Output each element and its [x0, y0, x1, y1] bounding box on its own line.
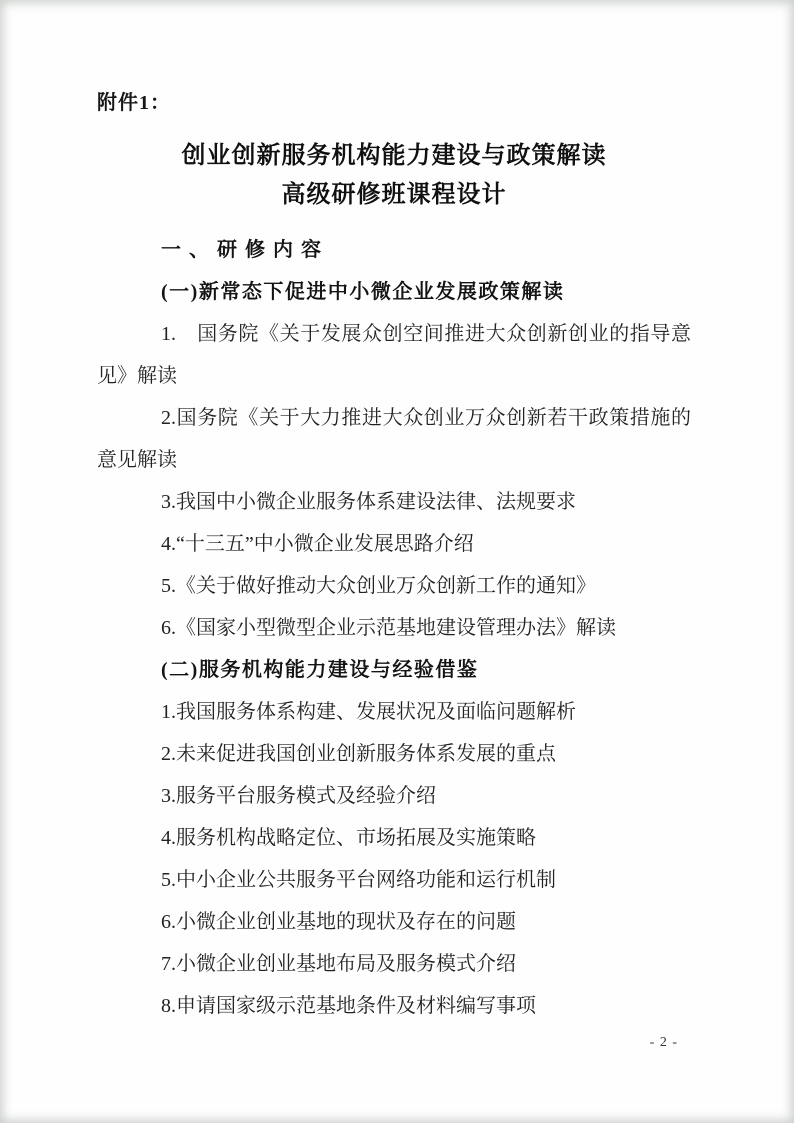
course-item: 4.服务机构战略定位、市场拓展及实施策略 — [97, 817, 691, 859]
section-heading: 一、研修内容 — [97, 229, 691, 271]
title-line-1: 创业创新服务机构能力建设与政策解读 — [97, 137, 691, 176]
section-heading: (一)新常态下促进中小微企业发展政策解读 — [97, 271, 691, 313]
course-item: 5.中小企业公共服务平台网络功能和运行机制 — [97, 859, 691, 901]
course-item: 1. 国务院《关于发展众创空间推进大众创新创业的指导意见》解读 — [97, 313, 691, 397]
section-heading: (二)服务机构能力建设与经验借鉴 — [97, 649, 691, 691]
document-title: 创业创新服务机构能力建设与政策解读 高级研修班课程设计 — [97, 137, 691, 215]
course-item: 3.服务平台服务模式及经验介绍 — [97, 775, 691, 817]
attachment-label: 附件1： — [97, 90, 691, 116]
course-item: 8.申请国家级示范基地条件及材料编写事项 — [97, 985, 691, 1027]
course-item: 1.我国服务体系构建、发展状况及面临问题解析 — [97, 691, 691, 733]
title-line-2: 高级研修班课程设计 — [97, 176, 691, 215]
course-item: 3.我国中小微企业服务体系建设法律、法规要求 — [97, 481, 691, 523]
document-content: 附件1： 创业创新服务机构能力建设与政策解读 高级研修班课程设计 一、研修内容(… — [97, 90, 691, 1027]
document-page: 附件1： 创业创新服务机构能力建设与政策解读 高级研修班课程设计 一、研修内容(… — [0, 0, 794, 1123]
course-item: 5.《关于做好推动大众创业万众创新工作的通知》 — [97, 565, 691, 607]
course-item: 4.“十三五”中小微企业发展思路介绍 — [97, 523, 691, 565]
course-item: 6.小微企业创业基地的现状及存在的问题 — [97, 901, 691, 943]
course-item: 7.小微企业创业基地布局及服务模式介绍 — [97, 943, 691, 985]
document-body: 一、研修内容(一)新常态下促进中小微企业发展政策解读1. 国务院《关于发展众创空… — [97, 229, 691, 1027]
course-item: 2.国务院《关于大力推进大众创业万众创新若干政策措施的意见解读 — [97, 397, 691, 481]
course-item: 6.《国家小型微型企业示范基地建设管理办法》解读 — [97, 607, 691, 649]
page-number: - 2 - — [650, 1035, 678, 1051]
course-item: 2.未来促进我国创业创新服务体系发展的重点 — [97, 733, 691, 775]
